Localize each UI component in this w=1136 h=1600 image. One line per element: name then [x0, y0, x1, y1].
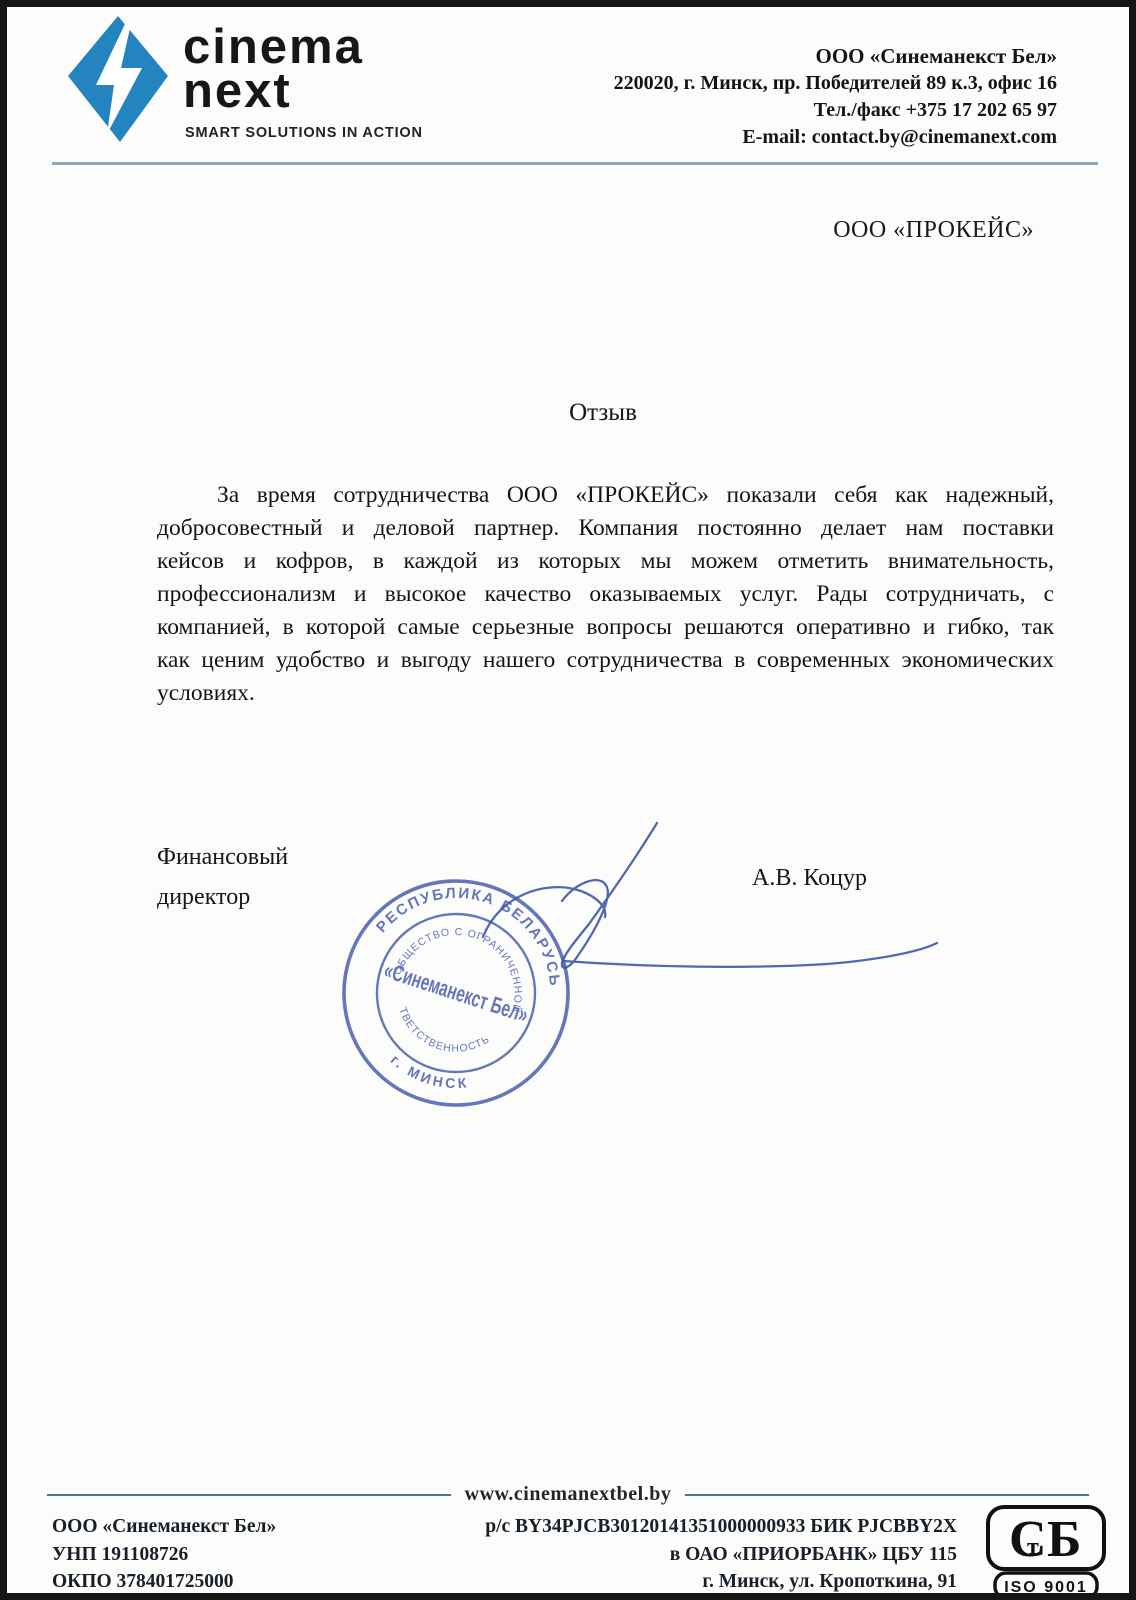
- brand-tagline: SMART SOLUTIONS IN ACTION: [185, 125, 423, 141]
- stb-letter-b: Б: [1047, 1511, 1081, 1568]
- signer-position-line1: Финансовый: [157, 837, 288, 877]
- iso-label: ISO 9001: [1004, 1579, 1088, 1596]
- footer-bank-address: г. Минск, ул. Кропоткина, 91: [485, 1568, 957, 1596]
- letter-page: cinema next SMART SOLUTIONS IN ACTION ОО…: [0, 0, 1136, 1600]
- footer-bank: в ОАО «ПРИОРБАНК» ЦБУ 115: [485, 1541, 957, 1569]
- signer-position: Финансовый директор: [157, 837, 288, 917]
- signature-left-arc: [483, 887, 605, 937]
- footer-unp: УНП 191108726: [52, 1541, 276, 1569]
- header-address: 220020, г. Минск, пр. Победителей 89 к.3…: [537, 70, 1057, 97]
- header-phone: Тел./факс +375 17 202 65 97: [537, 97, 1057, 124]
- footer-website: www.cinemanextbel.by: [465, 1483, 672, 1506]
- brand-wordmark: cinema next: [183, 25, 364, 113]
- header-email: E-mail: contact.by@cinemanext.com: [537, 124, 1057, 151]
- footer-okpo: ОКПО 378401725000: [52, 1568, 276, 1596]
- footer-account: р/с BY34PJCB30120141351000000933 БИК PJC…: [485, 1513, 957, 1541]
- footer-bank-block: р/с BY34PJCB30120141351000000933 БИК PJC…: [485, 1513, 957, 1596]
- signer-position-line2: директор: [157, 877, 288, 917]
- header-contact-block: ООО «Синеманекст Бел» 220020, г. Минск, …: [537, 43, 1057, 151]
- handwritten-signature: [307, 777, 967, 1057]
- signature-tail-stroke: [563, 943, 937, 967]
- brand-line2: next: [183, 69, 364, 113]
- header-company-name: ООО «Синеманекст Бел»: [537, 43, 1057, 70]
- stb-letter-t: т: [1027, 1534, 1039, 1560]
- stb-iso9001-icon: С т Б ISO 9001: [985, 1505, 1107, 1600]
- letter-body: За время сотрудничества ООО «ПРОКЕЙС» по…: [157, 479, 1054, 710]
- footer-rule-right: [685, 1494, 1089, 1496]
- footer-company-name: ООО «Синеманекст Бел»: [52, 1513, 276, 1541]
- footer-rule-left: [47, 1494, 451, 1496]
- document-title: Отзыв: [77, 399, 1129, 427]
- brand-line1: cinema: [183, 25, 364, 69]
- recipient-name: ООО «ПРОКЕЙС»: [833, 217, 1034, 244]
- signature-main-stroke: [562, 823, 657, 968]
- header-divider: [52, 162, 1098, 165]
- footer-company-block: ООО «Синеманекст Бел» УНП 191108726 ОКПО…: [52, 1513, 276, 1596]
- cinemanext-logo-icon: [67, 15, 169, 143]
- footer-website-row: www.cinemanextbel.by: [47, 1483, 1089, 1506]
